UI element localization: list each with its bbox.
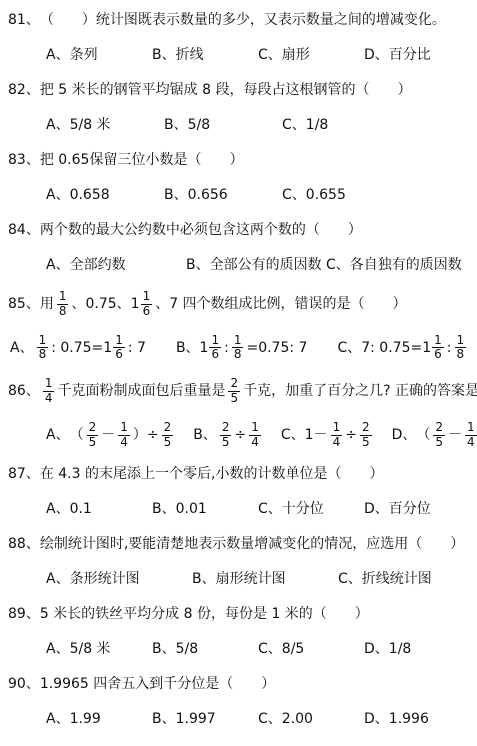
option-label: B、 — [176, 338, 200, 358]
denominator: 4 — [465, 435, 477, 450]
option-label: B、 — [164, 115, 188, 135]
text-segment: 折线 — [176, 45, 204, 65]
option-label: B、 — [152, 639, 176, 659]
text-segment: 5/8 — [188, 115, 211, 135]
numerator: 1 — [37, 334, 49, 348]
text-segment: 2.00 — [282, 709, 313, 729]
fraction: 25 — [228, 377, 240, 406]
text-segment: 扇形 — [282, 45, 310, 65]
text-segment: 0.656 — [188, 185, 228, 205]
option: B、1.997 — [152, 709, 258, 729]
question-stem: 84、两个数的最大公约数中必须包含这两个数的（ ） — [8, 220, 471, 240]
option: D、百分位 — [364, 499, 470, 519]
numerator: 1 — [141, 290, 153, 304]
numerator: 2 — [228, 377, 240, 391]
options-row: A、5/8 米B、5/8C、1/8 — [8, 115, 471, 135]
option-label: C、 — [258, 639, 282, 659]
option: B、5/8 — [164, 115, 282, 135]
option-label: C、 — [282, 115, 306, 135]
text-segment: 百分比 — [389, 45, 431, 65]
question-stem: 85、用18、0.75、116、7 四个数组成比例，错误的是（ ） — [8, 290, 471, 319]
quiz-page: 81、（ ）统计图既表示数量的多少，又表示数量之间的增减变化。A、条列B、折线C… — [0, 0, 477, 729]
fraction: 14 — [249, 421, 261, 450]
denominator: 5 — [220, 435, 232, 450]
numerator: 1 — [249, 421, 261, 435]
options-row: A、0.658B、0.656C、0.655 — [8, 185, 471, 205]
question: 85、用18、0.75、116、7 四个数组成比例，错误的是（ ）A、18 : … — [8, 290, 471, 362]
text-segment: 5/8 — [176, 639, 199, 659]
text-segment: ÷ — [234, 425, 246, 445]
option: C、7: 0.75=116 : 18 — [337, 334, 469, 363]
fraction: 18 — [455, 334, 467, 363]
numerator: 2 — [433, 421, 445, 435]
option: D、1/8 — [364, 639, 470, 659]
option: B、116 : 18 =0.75: 7 — [176, 334, 308, 363]
option: A、18 : 0.75=116 : 7 — [10, 334, 146, 363]
numerator: 2 — [162, 421, 174, 435]
numerator: 1 — [331, 421, 343, 435]
text-segment: 1.9965 四舍五入到千分位是（ ） — [40, 674, 275, 694]
option-label: D、 — [364, 45, 389, 65]
text-segment: ÷ — [345, 425, 357, 445]
option-label: B、 — [152, 709, 176, 729]
fraction: 25 — [162, 421, 174, 450]
option-label: B、 — [193, 425, 217, 445]
option: A、（25－14）÷25 — [46, 421, 176, 450]
text-segment: 两个数的最大公约数中必须包含这两个数的（ ） — [40, 220, 362, 240]
question-number: 82、 — [8, 80, 40, 100]
whole-part: 1 — [200, 338, 209, 358]
denominator: 6 — [113, 347, 125, 362]
text-segment: 0.01 — [176, 499, 207, 519]
question-stem: 81、（ ）统计图既表示数量的多少，又表示数量之间的增减变化。 — [8, 10, 471, 30]
mixed-number: 116 — [422, 334, 447, 363]
text-segment: 1.996 — [389, 709, 429, 729]
denominator: 8 — [232, 347, 244, 362]
text-segment: 、7 四个数组成比例，错误的是（ ） — [155, 294, 406, 314]
numerator: 1 — [43, 377, 55, 391]
option-label: A、 — [46, 425, 70, 445]
text-segment: － — [448, 425, 462, 445]
numerator: 1 — [455, 334, 467, 348]
text-segment: =0.75: 7 — [246, 338, 307, 358]
option: D、（25－14）÷14 — [392, 421, 477, 450]
options-row: A、全部约数B、全部公有的质因数C、各自独有的质因数 — [8, 255, 471, 275]
denominator: 5 — [228, 391, 240, 406]
text-segment: 0.1 — [70, 499, 92, 519]
option: A、5/8 米 — [46, 115, 164, 135]
option: C、扇形 — [258, 45, 364, 65]
text-segment: 绘制统计图时,要能清楚地表示数量增减变化的情况，应选用（ ） — [40, 534, 464, 554]
denominator: 6 — [432, 347, 444, 362]
text-segment: 十分位 — [282, 499, 324, 519]
text-segment: 0.658 — [70, 185, 110, 205]
text-segment: （ ）统计图既表示数量的多少，又表示数量之间的增减变化。 — [40, 10, 446, 30]
option: A、条列 — [46, 45, 152, 65]
quiz-body: 81、（ ）统计图既表示数量的多少，又表示数量之间的增减变化。A、条列B、折线C… — [8, 10, 471, 729]
denominator: 8 — [37, 347, 49, 362]
option-label: C、 — [281, 425, 305, 445]
option-label: C、 — [337, 338, 361, 358]
question-stem: 88、绘制统计图时,要能清楚地表示数量增减变化的情况，应选用（ ） — [8, 534, 471, 554]
text-segment: 5/8 米 — [70, 115, 111, 135]
text-segment: 条形统计图 — [70, 569, 140, 589]
option: B、25÷14 — [193, 421, 264, 450]
option-label: B、 — [152, 499, 176, 519]
option: A、1.99 — [46, 709, 152, 729]
fraction: 18 — [232, 334, 244, 363]
fraction: 25 — [433, 421, 445, 450]
denominator: 4 — [331, 435, 343, 450]
options-row: A、条形统计图B、扇形统计图C、折线统计图 — [8, 569, 471, 589]
fraction: 25 — [360, 421, 372, 450]
option-label: B、 — [164, 185, 188, 205]
denominator: 4 — [43, 391, 55, 406]
numerator: 1 — [432, 334, 444, 348]
question: 90、1.9965 四舍五入到千分位是（ ）A、1.99B、1.997C、2.0… — [8, 674, 471, 729]
text-segment: 1.997 — [176, 709, 216, 729]
option-label: D、 — [364, 499, 389, 519]
numerator: 1 — [232, 334, 244, 348]
fraction: 14 — [465, 421, 477, 450]
fraction: 14 — [331, 421, 343, 450]
text-segment: 1－ — [305, 425, 328, 445]
option: C、1/8 — [282, 115, 400, 135]
option: B、0.656 — [164, 185, 282, 205]
text-segment: （ — [70, 425, 84, 445]
text-segment: （ — [416, 425, 430, 445]
option: C、十分位 — [258, 499, 364, 519]
numerator: 1 — [113, 334, 125, 348]
question-number: 89、 — [8, 604, 40, 624]
option: B、折线 — [152, 45, 258, 65]
options-row: A、18 : 0.75=116 : 7B、116 : 18 =0.75: 7C、… — [8, 334, 471, 363]
mixed-number: 116 — [103, 334, 128, 363]
fraction: 14 — [43, 377, 55, 406]
question-number: 84、 — [8, 220, 40, 240]
question-number: 86、 — [8, 381, 40, 401]
option-label: A、 — [46, 115, 70, 135]
option: C、折线统计图 — [338, 569, 477, 589]
option-label: C、 — [258, 709, 282, 729]
question: 87、在 4.3 的末尾添上一个零后,小数的计数单位是（ ）A、0.1B、0.0… — [8, 464, 471, 519]
fraction: 16 — [432, 334, 444, 363]
fraction: 18 — [37, 334, 49, 363]
option: A、0.1 — [46, 499, 152, 519]
options-row: A、5/8 米B、5/8C、8/5D、1/8 — [8, 639, 471, 659]
option-label: C、 — [258, 499, 282, 519]
text-segment: 千克面粉制成面包后重量是 — [57, 381, 225, 401]
text-segment: : 7 — [128, 338, 146, 358]
text-segment: 用 — [40, 294, 54, 314]
text-segment: 1/8 — [389, 639, 412, 659]
option: C、1－14÷25 — [281, 421, 375, 450]
mixed-number: 116 — [200, 334, 225, 363]
option-label: A、 — [46, 709, 70, 729]
options-row: A、0.1B、0.01C、十分位D、百分位 — [8, 499, 471, 519]
option: D、1.996 — [364, 709, 470, 729]
question-number: 81、 — [8, 10, 40, 30]
text-segment: 折线统计图 — [362, 569, 432, 589]
text-segment: 千克，加重了百分之几? 正确的答案是（ ） — [243, 381, 477, 401]
option-label: C、 — [338, 569, 362, 589]
fraction: 18 — [57, 290, 69, 319]
question: 83、把 0.65保留三位小数是（ ）A、0.658B、0.656C、0.655 — [8, 150, 471, 205]
denominator: 6 — [141, 304, 153, 319]
question: 81、（ ）统计图既表示数量的多少，又表示数量之间的增减变化。A、条列B、折线C… — [8, 10, 471, 65]
option-label: A、 — [46, 499, 70, 519]
question: 86、14千克面粉制成面包后重量是25千克，加重了百分之几? 正确的答案是（ ）… — [8, 377, 471, 449]
question-number: 88、 — [8, 534, 40, 554]
text-segment: : — [224, 338, 229, 358]
text-segment: 全部约数 — [70, 255, 126, 275]
numerator: 2 — [87, 421, 99, 435]
text-segment: 扇形统计图 — [216, 569, 286, 589]
text-segment: 、0.75、 — [71, 294, 130, 314]
numerator: 1 — [57, 290, 69, 304]
numerator: 2 — [360, 421, 372, 435]
option-label: A、 — [46, 185, 70, 205]
option-label: A、 — [46, 569, 70, 589]
option-label: C、 — [258, 45, 282, 65]
text-segment: 把 0.65保留三位小数是（ ） — [40, 150, 244, 170]
option-label: A、 — [46, 255, 70, 275]
option-label: B、 — [152, 45, 176, 65]
question-stem: 90、1.9965 四舍五入到千分位是（ ） — [8, 674, 471, 694]
question-stem: 86、14千克面粉制成面包后重量是25千克，加重了百分之几? 正确的答案是（ ） — [8, 377, 471, 406]
text-segment: ）÷ — [133, 425, 159, 445]
text-segment: 0.655 — [306, 185, 346, 205]
numerator: 2 — [220, 421, 232, 435]
whole-part: 1 — [131, 294, 140, 314]
option: C、8/5 — [258, 639, 364, 659]
question-number: 83、 — [8, 150, 40, 170]
text-segment: － — [101, 425, 115, 445]
option: B、0.01 — [152, 499, 258, 519]
mixed-number: 116 — [131, 290, 156, 319]
option: A、条形统计图 — [46, 569, 192, 589]
text-segment: 7: 0.75= — [361, 338, 422, 358]
option: C、各自独有的质因数 — [326, 255, 466, 275]
option: B、5/8 — [152, 639, 258, 659]
option-label: D、 — [392, 425, 417, 445]
fraction: 16 — [113, 334, 125, 363]
option-label: A、 — [46, 45, 70, 65]
text-segment: 1/8 — [306, 115, 329, 135]
question-stem: 83、把 0.65保留三位小数是（ ） — [8, 150, 471, 170]
question-number: 90、 — [8, 674, 40, 694]
fraction: 14 — [118, 421, 130, 450]
whole-part: 1 — [422, 338, 431, 358]
denominator: 5 — [360, 435, 372, 450]
question: 84、两个数的最大公约数中必须包含这两个数的（ ）A、全部约数B、全部公有的质因… — [8, 220, 471, 275]
text-segment: 5/8 米 — [70, 639, 111, 659]
denominator: 8 — [455, 347, 467, 362]
whole-part: 1 — [103, 338, 112, 358]
fraction: 25 — [220, 421, 232, 450]
option: A、0.658 — [46, 185, 164, 205]
text-segment: : — [447, 338, 452, 358]
text-segment: 各自独有的质因数 — [350, 255, 462, 275]
question-number: 87、 — [8, 464, 40, 484]
option: A、全部约数 — [46, 255, 186, 275]
option: C、0.655 — [282, 185, 400, 205]
question-number: 85、 — [8, 294, 40, 314]
fraction: 16 — [141, 290, 153, 319]
fraction: 25 — [87, 421, 99, 450]
text-segment: 把 5 米长的钢管平均锯成 8 段，每段占这根钢管的（ ） — [40, 80, 412, 100]
option-label: B、 — [192, 569, 216, 589]
option-label: C、 — [282, 185, 306, 205]
option: B、全部公有的质因数 — [186, 255, 326, 275]
text-segment: 1.99 — [70, 709, 101, 729]
option: D、百分比 — [364, 45, 470, 65]
option-label: D、 — [364, 709, 389, 729]
denominator: 8 — [57, 304, 69, 319]
question-stem: 87、在 4.3 的末尾添上一个零后,小数的计数单位是（ ） — [8, 464, 471, 484]
numerator: 1 — [209, 334, 221, 348]
question-stem: 82、把 5 米长的钢管平均锯成 8 段，每段占这根钢管的（ ） — [8, 80, 471, 100]
text-segment: 条列 — [70, 45, 98, 65]
text-segment: : 0.75= — [51, 338, 103, 358]
denominator: 6 — [209, 347, 221, 362]
numerator: 1 — [118, 421, 130, 435]
option-label: A、 — [46, 639, 70, 659]
denominator: 5 — [162, 435, 174, 450]
options-row: A、条列B、折线C、扇形D、百分比 — [8, 45, 471, 65]
option-label: D、 — [364, 639, 389, 659]
option: B、扇形统计图 — [192, 569, 338, 589]
denominator: 5 — [87, 435, 99, 450]
text-segment: 8/5 — [282, 639, 305, 659]
denominator: 4 — [249, 435, 261, 450]
options-row: A、（25－14）÷25B、25÷14C、1－14÷25D、（25－14）÷14 — [8, 421, 471, 450]
text-segment: 全部公有的质因数 — [210, 255, 322, 275]
question: 88、绘制统计图时,要能清楚地表示数量增减变化的情况，应选用（ ）A、条形统计图… — [8, 534, 471, 589]
option: C、2.00 — [258, 709, 364, 729]
question: 82、把 5 米长的钢管平均锯成 8 段，每段占这根钢管的（ ）A、5/8 米B… — [8, 80, 471, 135]
question: 89、5 米长的铁丝平均分成 8 份，每份是 1 米的（ ）A、5/8 米B、5… — [8, 604, 471, 659]
option: A、5/8 米 — [46, 639, 152, 659]
text-segment: 在 4.3 的末尾添上一个零后,小数的计数单位是（ ） — [40, 464, 384, 484]
text-segment: 百分位 — [389, 499, 431, 519]
question-stem: 89、5 米长的铁丝平均分成 8 份，每份是 1 米的（ ） — [8, 604, 471, 624]
option-label: C、 — [326, 255, 350, 275]
fraction: 16 — [209, 334, 221, 363]
option-label: B、 — [186, 255, 210, 275]
option-label: A、 — [10, 338, 34, 358]
numerator: 1 — [465, 421, 477, 435]
denominator: 4 — [118, 435, 130, 450]
text-segment: 5 米长的铁丝平均分成 8 份，每份是 1 米的（ ） — [40, 604, 369, 624]
denominator: 5 — [433, 435, 445, 450]
options-row: A、1.99B、1.997C、2.00D、1.996 — [8, 709, 471, 729]
